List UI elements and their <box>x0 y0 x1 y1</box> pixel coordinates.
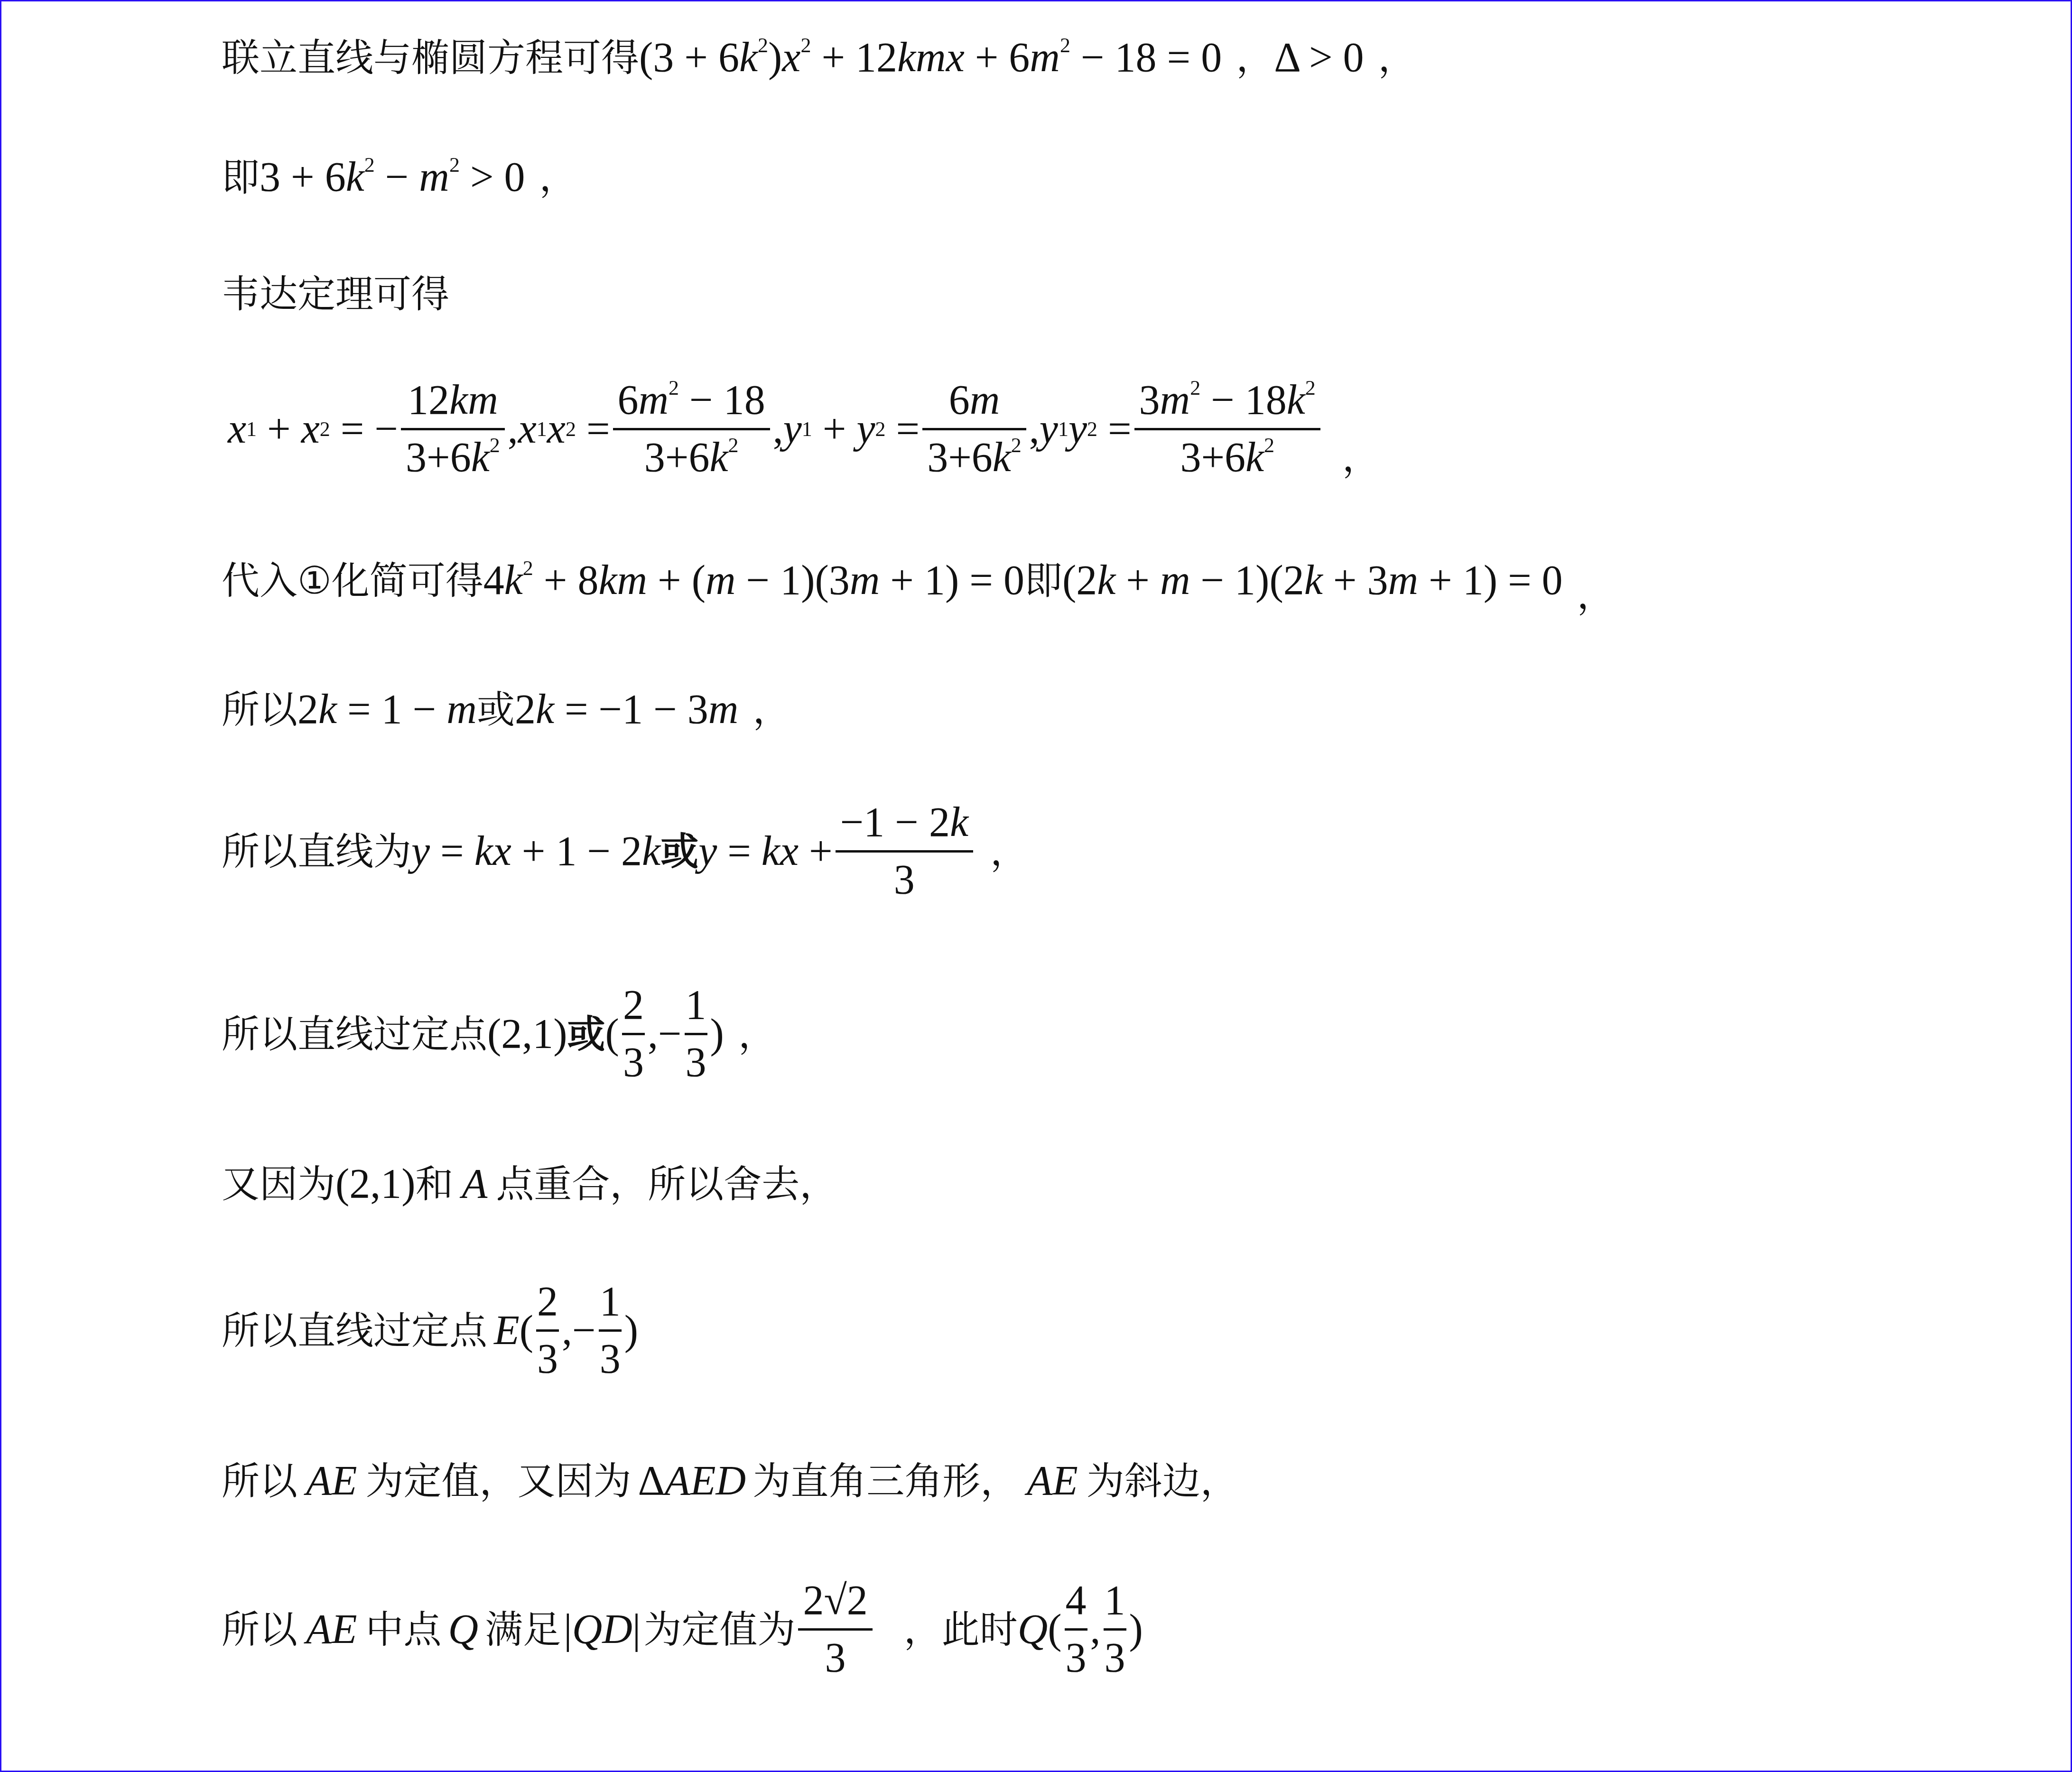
punct: ， <box>1577 576 1615 614</box>
fraction: 3m2 − 18k23+6k2 <box>1134 380 1320 479</box>
text: 所以直线过定点 <box>222 1312 487 1350</box>
line-1: 联立直线与椭圆方程可得 (3 + 6k2)x2 + 12kmx + 6m2 − … <box>222 37 1416 79</box>
text: 或 <box>567 1015 605 1053</box>
text: 为定值，又因为 <box>366 1462 632 1500</box>
punct: ， <box>1342 439 1380 477</box>
punct: ， <box>738 1015 776 1053</box>
math-var: |QD| <box>564 1609 641 1651</box>
line-8: 所以直线过定点 (2,1) 或 ( 23 ,− 13 ) ， <box>222 984 776 1084</box>
punct: ， <box>539 158 577 196</box>
punct: ， <box>990 833 1028 871</box>
text: 所以 <box>222 1611 297 1649</box>
math-equation: y = kx + <box>698 831 832 872</box>
math-var: ΔAED <box>638 1460 746 1502</box>
line-5: 代入①化简可得 4k2 + 8km + (m − 1)(3m + 1) = 0 … <box>222 560 1615 602</box>
math-var: AE <box>1027 1460 1078 1502</box>
math-var: E <box>494 1310 520 1352</box>
text: 代入①化简可得 <box>222 562 483 600</box>
text: 所以直线过定点 <box>222 1015 487 1053</box>
text: 所以直线为 <box>222 833 411 871</box>
fraction: 2√23 <box>798 1580 872 1679</box>
line-11: 所以 AE 为定值，又因为 ΔAED 为直角三角形， AE 为斜边， <box>222 1460 1238 1502</box>
text: 即 <box>1024 562 1062 600</box>
math-equation: y = kx + 1 − 2k <box>411 831 660 872</box>
math-inequality: 3 + 6k2 − m2 > 0 <box>260 157 525 198</box>
line-4-vieta: x1+x2=− 12km3+6k2 ,x1x2= 6m2 − 183+6k2 ,… <box>228 380 1380 479</box>
text: 为斜边， <box>1087 1462 1238 1500</box>
text: 所以 <box>222 691 297 729</box>
math-var: AE <box>306 1609 357 1651</box>
line-10: 所以直线过定点 E ( 23 ,− 13 ) <box>222 1281 638 1380</box>
fraction: 6m2 − 183+6k2 <box>613 380 770 479</box>
separator: ， <box>1236 39 1274 77</box>
line-12: 所以 AE 中点 Q 满足 |QD| 为定值为 2√23 ，此时 Q ( 43 … <box>222 1580 1143 1679</box>
fraction: 23 <box>622 984 645 1084</box>
text: 韦达定理可得 <box>222 275 449 313</box>
text: ，此时 <box>904 1611 1018 1649</box>
text: 为直角三角形， <box>753 1462 1018 1500</box>
math-inequality: Δ > 0 <box>1274 37 1364 79</box>
text: 为定值为 <box>643 1611 795 1649</box>
text: 中点 <box>366 1611 442 1649</box>
text: 即 <box>222 158 260 196</box>
line-7: 所以直线为 y = kx + 1 − 2k 或 y = kx + −1 − 2k… <box>222 802 1028 901</box>
text: 或 <box>660 833 698 871</box>
fraction: 23 <box>536 1281 559 1380</box>
text: 所以 <box>222 1462 297 1500</box>
math-equation: (2k + m − 1)(2k + 3m + 1) = 0 <box>1062 560 1563 602</box>
math-equation: 4k2 + 8km + (m − 1)(3m + 1) = 0 <box>483 560 1024 602</box>
fraction: 6m3+6k2 <box>922 380 1026 479</box>
fraction: 13 <box>1104 1580 1126 1679</box>
text: 点重合，所以舍去， <box>496 1165 837 1203</box>
math-point: (2,1) <box>487 1013 567 1055</box>
math-var: AE <box>306 1460 357 1502</box>
text: 联立直线与椭圆方程可得 <box>222 39 639 77</box>
punct: ， <box>753 691 790 729</box>
text: 或 <box>477 691 515 729</box>
text: 和 <box>416 1165 454 1203</box>
line-3: 韦达定理可得 <box>222 275 449 313</box>
math-var: Q <box>1018 1609 1048 1651</box>
math-var: A <box>462 1163 488 1205</box>
math-point: ( <box>605 1013 619 1055</box>
math-equation: 2k = −1 − 3m <box>515 689 739 731</box>
math-equation: 2k = 1 − m <box>297 689 477 731</box>
fraction: 13 <box>685 984 707 1084</box>
text: 满足 <box>485 1611 561 1649</box>
math-equation: (3 + 6k2)x2 + 12kmx + 6m2 − 18 = 0 <box>639 37 1222 79</box>
fraction: 43 <box>1065 1580 1087 1679</box>
math-var: Q <box>448 1609 479 1651</box>
line-6: 所以 2k = 1 − m 或 2k = −1 − 3m ， <box>222 689 790 731</box>
line-9: 又因为 (2,1) 和 A 点重合，所以舍去， <box>222 1163 837 1205</box>
math-point: (2,1) <box>335 1163 416 1205</box>
text: 又因为 <box>222 1165 335 1203</box>
fraction: 12km3+6k2 <box>401 380 505 479</box>
fraction: 13 <box>599 1281 622 1380</box>
punct: ， <box>1378 39 1416 77</box>
line-2: 即 3 + 6k2 − m2 > 0 ， <box>222 157 577 198</box>
fraction: −1 − 2k3 <box>836 802 973 901</box>
